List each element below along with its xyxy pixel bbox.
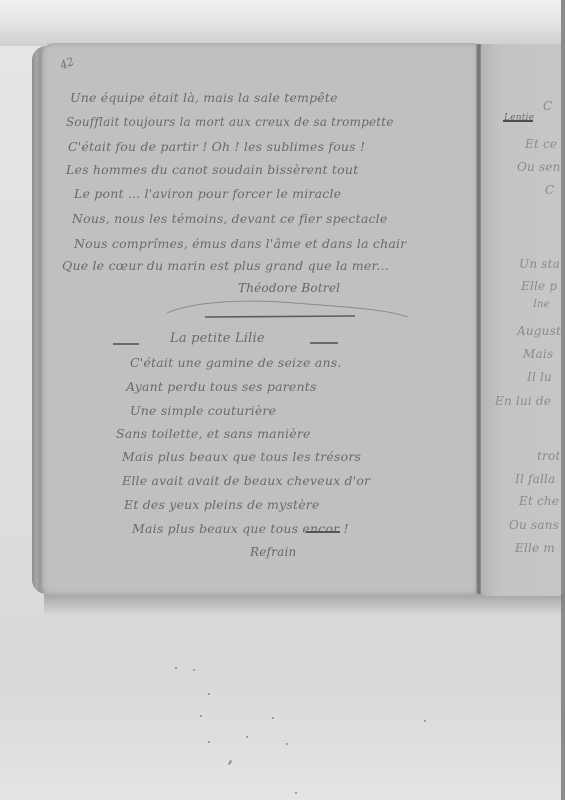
right-page-text: C Lentie Et ce Ou sent C Un sta Elle p I… bbox=[481, 44, 561, 596]
dust-speck bbox=[208, 693, 210, 695]
fragment-line: Et che bbox=[519, 494, 559, 508]
fragment-line: Ou sent bbox=[517, 160, 561, 174]
poem-line: Les hommes du canot soudain bissèrent to… bbox=[66, 162, 358, 177]
title-dash-right bbox=[310, 342, 338, 344]
dust-speck bbox=[228, 760, 232, 765]
scanner-right-edge bbox=[561, 0, 565, 800]
book-shadow bbox=[44, 594, 564, 616]
poem-line: Et des yeux pleins de mystère bbox=[124, 497, 320, 512]
fragment-line: Ine bbox=[533, 299, 550, 310]
divider-flourish-icon bbox=[165, 293, 410, 323]
dust-speck bbox=[175, 667, 177, 669]
dust-speck bbox=[208, 741, 210, 743]
poem-line: Ayant perdu tous ses parents bbox=[126, 379, 317, 394]
poem-line: Une simple couturière bbox=[130, 403, 276, 418]
fragment-line: trot bbox=[537, 449, 560, 463]
title-dash-left bbox=[113, 343, 139, 345]
fragment-line: Un sta bbox=[519, 257, 560, 271]
dust-speck bbox=[424, 720, 426, 722]
page-number: 42 bbox=[58, 55, 76, 72]
scanner-top-shadow bbox=[0, 0, 565, 46]
poem-line: Nous comprîmes, émus dans l'âme et dans … bbox=[74, 236, 406, 251]
refrain-signature: Refrain bbox=[250, 545, 296, 559]
fragment-line: En lui de bbox=[495, 394, 551, 408]
dust-speck bbox=[295, 792, 297, 794]
poem-line: Sans toilette, et sans manière bbox=[116, 426, 311, 441]
fragment-line: C bbox=[545, 183, 554, 197]
fragment-line: Il lu bbox=[527, 370, 552, 384]
poem-line: Mais plus beaux que tous encor ! bbox=[132, 521, 349, 536]
dust-speck bbox=[193, 669, 195, 671]
fragment-line: Auguste bbox=[517, 324, 561, 338]
fragment-line: Elle m bbox=[515, 541, 555, 555]
fragment-line-struck: Lentie bbox=[504, 113, 534, 123]
poem-line: C'était une gamine de seize ans. bbox=[130, 355, 342, 370]
poem-line: Mais plus beaux que tous les trésors bbox=[122, 449, 361, 464]
dust-speck bbox=[272, 717, 274, 719]
fragment-line: Mais bbox=[523, 347, 553, 361]
strikethrough-mark bbox=[503, 120, 533, 122]
poem-line: Que le cœur du marin est plus grand que … bbox=[62, 258, 389, 273]
poem-title: La petite Lilie bbox=[170, 331, 265, 346]
poem-line: Elle avait avait de beaux cheveux d'or bbox=[122, 473, 370, 488]
poem-line: C'était fou de partir ! Oh ! les sublime… bbox=[68, 139, 365, 154]
fragment-line: Il falla bbox=[515, 472, 555, 486]
dust-speck bbox=[286, 743, 288, 745]
poem-line: Nous, nous les témoins, devant ce fier s… bbox=[72, 211, 387, 226]
fragment-line: Elle p bbox=[521, 279, 557, 293]
fragment-line: Ou sans bbox=[509, 518, 559, 532]
poem-line: Soufflait toujours la mort aux creux de … bbox=[66, 115, 394, 129]
poem-line: Le pont ... l'aviron pour forcer le mira… bbox=[74, 186, 341, 201]
strikethrough-mark bbox=[306, 531, 340, 533]
poem-line: Une équipe était là, mais la sale tempêt… bbox=[70, 90, 338, 105]
dust-speck bbox=[246, 736, 248, 738]
fragment-line: Et ce bbox=[525, 137, 557, 151]
dust-speck bbox=[200, 715, 202, 717]
fragment-line: C bbox=[543, 99, 552, 113]
